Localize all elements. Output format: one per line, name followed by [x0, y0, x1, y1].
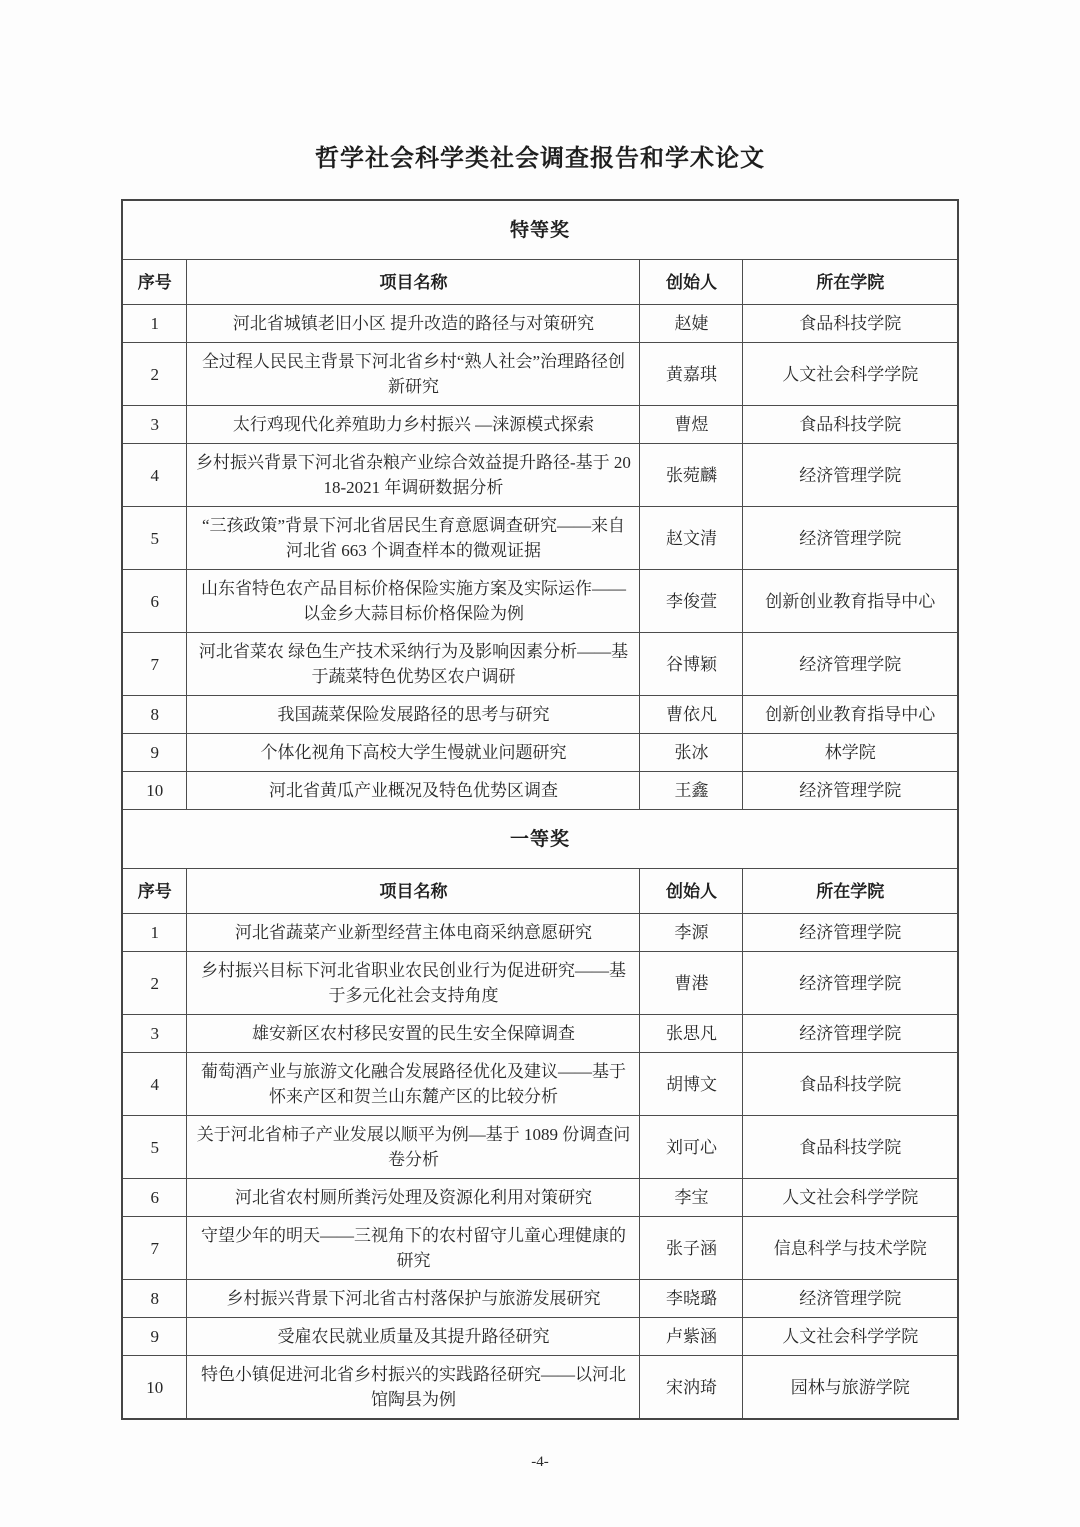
- founder-name-cell: 李俊萱: [640, 570, 743, 633]
- table-row: 9受雇农民就业质量及其提升路径研究卢紫涵人文社会科学学院: [122, 1318, 958, 1356]
- row-number-cell: 3: [122, 1015, 187, 1053]
- row-number-cell: 1: [122, 914, 187, 952]
- project-name-cell: “三孩政策”背景下河北省居民生育意愿调查研究——来自河北省 663 个调查样本的…: [187, 507, 640, 570]
- project-name-cell: 受雇农民就业质量及其提升路径研究: [187, 1318, 640, 1356]
- college-name-cell: 经济管理学院: [743, 952, 958, 1015]
- row-number-cell: 6: [122, 570, 187, 633]
- row-number-cell: 6: [122, 1179, 187, 1217]
- college-name-cell: 人文社会科学学院: [743, 343, 958, 406]
- row-number-cell: 5: [122, 507, 187, 570]
- college-name-cell: 创新创业教育指导中心: [743, 570, 958, 633]
- founder-name-cell: 李源: [640, 914, 743, 952]
- project-name-cell: 守望少年的明天——三视角下的农村留守儿童心理健康的研究: [187, 1217, 640, 1280]
- project-name-cell: 河北省城镇老旧小区 提升改造的路径与对策研究: [187, 305, 640, 343]
- founder-name-cell: 刘可心: [640, 1116, 743, 1179]
- table-row: 2全过程人民民主背景下河北省乡村“熟人社会”治理路径创新研究黄嘉琪人文社会科学学…: [122, 343, 958, 406]
- project-name-cell: 乡村振兴目标下河北省职业农民创业行为促进研究——基于多元化社会支持角度: [187, 952, 640, 1015]
- college-name-cell: 食品科技学院: [743, 406, 958, 444]
- project-name-cell: 河北省农村厕所粪污处理及资源化利用对策研究: [187, 1179, 640, 1217]
- row-number-cell: 2: [122, 343, 187, 406]
- table-row: 5关于河北省柿子产业发展以顺平为例—基于 1089 份调查问卷分析刘可心食品科技…: [122, 1116, 958, 1179]
- awards-table-body: 特等奖序号项目名称创始人所在学院1河北省城镇老旧小区 提升改造的路径与对策研究赵…: [122, 200, 958, 1419]
- college-name-cell: 林学院: [743, 734, 958, 772]
- college-name-cell: 经济管理学院: [743, 772, 958, 810]
- row-number-cell: 7: [122, 1217, 187, 1280]
- founder-name-cell: 谷博颖: [640, 633, 743, 696]
- founder-name-cell: 曹煜: [640, 406, 743, 444]
- project-name-cell: 雄安新区农村移民安置的民生安全保障调查: [187, 1015, 640, 1053]
- college-name-cell: 经济管理学院: [743, 507, 958, 570]
- project-name-cell: 河北省蔬菜产业新型经营主体电商采纳意愿研究: [187, 914, 640, 952]
- college-name-cell: 信息科学与技术学院: [743, 1217, 958, 1280]
- college-name-cell: 人文社会科学学院: [743, 1318, 958, 1356]
- table-row: 2乡村振兴目标下河北省职业农民创业行为促进研究——基于多元化社会支持角度曹港经济…: [122, 952, 958, 1015]
- row-number-cell: 7: [122, 633, 187, 696]
- table-row: 6山东省特色农产品目标价格保险实施方案及实际运作——以金乡大蒜目标价格保险为例李…: [122, 570, 958, 633]
- college-name-cell: 创新创业教育指导中心: [743, 696, 958, 734]
- award-section-row: 一等奖: [122, 810, 958, 869]
- college-name-cell: 食品科技学院: [743, 1116, 958, 1179]
- founder-name-cell: 张冰: [640, 734, 743, 772]
- project-name-cell: 乡村振兴背景下河北省古村落保护与旅游发展研究: [187, 1280, 640, 1318]
- college-name-cell: 经济管理学院: [743, 444, 958, 507]
- row-number-cell: 5: [122, 1116, 187, 1179]
- founder-name-cell: 王鑫: [640, 772, 743, 810]
- college-name-cell: 食品科技学院: [743, 1053, 958, 1116]
- project-name-cell: 我国蔬菜保险发展路径的思考与研究: [187, 696, 640, 734]
- row-number-cell: 8: [122, 696, 187, 734]
- table-row: 9个体化视角下高校大学生慢就业问题研究张冰林学院: [122, 734, 958, 772]
- project-name-cell: 河北省菜农 绿色生产技术采纳行为及影响因素分析——基于蔬菜特色优势区农户调研: [187, 633, 640, 696]
- project-name-cell: 河北省黄瓜产业概况及特色优势区调查: [187, 772, 640, 810]
- table-row: 4乡村振兴背景下河北省杂粮产业综合效益提升路径-基于 2018-2021 年调研…: [122, 444, 958, 507]
- col-header-founder: 创始人: [640, 869, 743, 914]
- row-number-cell: 10: [122, 772, 187, 810]
- table-row: 10河北省黄瓜产业概况及特色优势区调查王鑫经济管理学院: [122, 772, 958, 810]
- founder-name-cell: 宋汭琦: [640, 1356, 743, 1420]
- table-row: 6河北省农村厕所粪污处理及资源化利用对策研究李宝人文社会科学学院: [122, 1179, 958, 1217]
- table-row: 3太行鸡现代化养殖助力乡村振兴 —涞源模式探索曹煜食品科技学院: [122, 406, 958, 444]
- page-number: -4-: [0, 1454, 1080, 1471]
- founder-name-cell: 李宝: [640, 1179, 743, 1217]
- award-section-row: 特等奖: [122, 200, 958, 260]
- college-name-cell: 经济管理学院: [743, 633, 958, 696]
- award-section-title: 一等奖: [122, 810, 958, 869]
- table-row: 7河北省菜农 绿色生产技术采纳行为及影响因素分析——基于蔬菜特色优势区农户调研谷…: [122, 633, 958, 696]
- table-row: 3雄安新区农村移民安置的民生安全保障调查张思凡经济管理学院: [122, 1015, 958, 1053]
- row-number-cell: 3: [122, 406, 187, 444]
- project-name-cell: 葡萄酒产业与旅游文化融合发展路径优化及建议——基于怀来产区和贺兰山东麓产区的比较…: [187, 1053, 640, 1116]
- col-header-project: 项目名称: [187, 869, 640, 914]
- founder-name-cell: 赵婕: [640, 305, 743, 343]
- founder-name-cell: 卢紫涵: [640, 1318, 743, 1356]
- column-header-row: 序号项目名称创始人所在学院: [122, 260, 958, 305]
- col-header-college: 所在学院: [743, 260, 958, 305]
- table-row: 4葡萄酒产业与旅游文化融合发展路径优化及建议——基于怀来产区和贺兰山东麓产区的比…: [122, 1053, 958, 1116]
- col-header-college: 所在学院: [743, 869, 958, 914]
- awards-table: 特等奖序号项目名称创始人所在学院1河北省城镇老旧小区 提升改造的路径与对策研究赵…: [121, 199, 959, 1420]
- row-number-cell: 9: [122, 734, 187, 772]
- founder-name-cell: 胡博文: [640, 1053, 743, 1116]
- row-number-cell: 8: [122, 1280, 187, 1318]
- project-name-cell: 太行鸡现代化养殖助力乡村振兴 —涞源模式探索: [187, 406, 640, 444]
- founder-name-cell: 黄嘉琪: [640, 343, 743, 406]
- table-row: 1河北省城镇老旧小区 提升改造的路径与对策研究赵婕食品科技学院: [122, 305, 958, 343]
- column-header-row: 序号项目名称创始人所在学院: [122, 869, 958, 914]
- col-header-no: 序号: [122, 869, 187, 914]
- founder-name-cell: 曹港: [640, 952, 743, 1015]
- table-row: 5“三孩政策”背景下河北省居民生育意愿调查研究——来自河北省 663 个调查样本…: [122, 507, 958, 570]
- row-number-cell: 1: [122, 305, 187, 343]
- founder-name-cell: 曹依凡: [640, 696, 743, 734]
- table-row: 7守望少年的明天——三视角下的农村留守儿童心理健康的研究张子涵信息科学与技术学院: [122, 1217, 958, 1280]
- founder-name-cell: 张思凡: [640, 1015, 743, 1053]
- founder-name-cell: 张子涵: [640, 1217, 743, 1280]
- row-number-cell: 10: [122, 1356, 187, 1420]
- col-header-no: 序号: [122, 260, 187, 305]
- row-number-cell: 4: [122, 444, 187, 507]
- row-number-cell: 2: [122, 952, 187, 1015]
- page-title: 哲学社会科学类社会调查报告和学术论文: [0, 0, 1080, 173]
- project-name-cell: 山东省特色农产品目标价格保险实施方案及实际运作——以金乡大蒜目标价格保险为例: [187, 570, 640, 633]
- col-header-founder: 创始人: [640, 260, 743, 305]
- college-name-cell: 经济管理学院: [743, 1280, 958, 1318]
- project-name-cell: 关于河北省柿子产业发展以顺平为例—基于 1089 份调查问卷分析: [187, 1116, 640, 1179]
- college-name-cell: 人文社会科学学院: [743, 1179, 958, 1217]
- founder-name-cell: 李晓璐: [640, 1280, 743, 1318]
- table-row: 8乡村振兴背景下河北省古村落保护与旅游发展研究李晓璐经济管理学院: [122, 1280, 958, 1318]
- project-name-cell: 特色小镇促进河北省乡村振兴的实践路径研究——以河北馆陶县为例: [187, 1356, 640, 1420]
- college-name-cell: 经济管理学院: [743, 1015, 958, 1053]
- college-name-cell: 经济管理学院: [743, 914, 958, 952]
- project-name-cell: 全过程人民民主背景下河北省乡村“熟人社会”治理路径创新研究: [187, 343, 640, 406]
- college-name-cell: 食品科技学院: [743, 305, 958, 343]
- row-number-cell: 9: [122, 1318, 187, 1356]
- col-header-project: 项目名称: [187, 260, 640, 305]
- founder-name-cell: 赵文清: [640, 507, 743, 570]
- table-row: 8我国蔬菜保险发展路径的思考与研究曹依凡创新创业教育指导中心: [122, 696, 958, 734]
- table-row: 10特色小镇促进河北省乡村振兴的实践路径研究——以河北馆陶县为例宋汭琦园林与旅游…: [122, 1356, 958, 1420]
- project-name-cell: 乡村振兴背景下河北省杂粮产业综合效益提升路径-基于 2018-2021 年调研数…: [187, 444, 640, 507]
- award-section-title: 特等奖: [122, 200, 958, 260]
- row-number-cell: 4: [122, 1053, 187, 1116]
- college-name-cell: 园林与旅游学院: [743, 1356, 958, 1420]
- table-row: 1河北省蔬菜产业新型经营主体电商采纳意愿研究李源经济管理学院: [122, 914, 958, 952]
- document-page: 哲学社会科学类社会调查报告和学术论文 特等奖序号项目名称创始人所在学院1河北省城…: [0, 0, 1080, 1527]
- project-name-cell: 个体化视角下高校大学生慢就业问题研究: [187, 734, 640, 772]
- founder-name-cell: 张菀麟: [640, 444, 743, 507]
